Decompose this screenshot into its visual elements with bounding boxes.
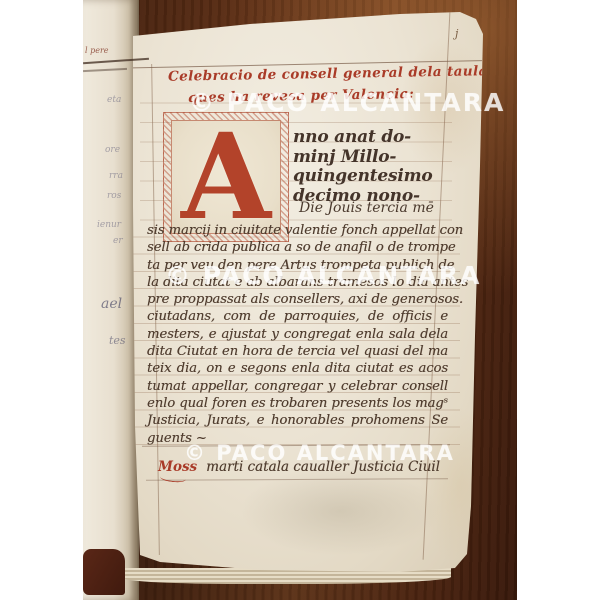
decorated-initial-panel: A [171,120,281,234]
margin-fragment: tes [109,336,126,345]
body-text-line: teix dia, on e segons enla dita ciutat e… [147,360,448,377]
folio-number: j [455,27,458,40]
initial-letter-A: A [181,126,271,228]
body-text-line: sis marcij in ciuitate valentie fonch ap… [147,222,448,239]
book-cover-edge [83,549,125,595]
body-text-line: tumat appellar, congregar y celebrar con… [147,378,448,395]
opening-text-line: quingentesimo [293,167,449,187]
body-text-block: sis marcij in ciuitate valentie fonch ap… [147,222,448,447]
margin-fragment: ros [107,192,121,201]
margin-fragment: ore [105,146,120,155]
body-text-line: mesters, e ajustat y congregat enla sala… [147,326,448,343]
margin-fragment: er [113,237,123,246]
watermark-bottom: © PACO ALCANTARA [184,441,455,465]
body-text-line: dita Ciutat en hora de tercia vel quasi … [147,343,448,360]
section-ruling-line [146,478,448,481]
facing-page-edge: l pere eta ore rra ros ienur er ael tes [83,0,139,600]
margin-fragment: ael [101,300,122,309]
date-line: Die Jouis tercia mē [299,200,434,216]
opening-text-line: nno anat do- [293,128,449,148]
body-text-line: sell ab crida publica a so de anafil o d… [147,239,448,256]
watermark-top: © PACO ALCANTARA [189,88,505,117]
body-text-line: ciutadans, com de parroquies, de officis… [147,308,448,325]
opening-text-line: minj Millo- [293,148,449,168]
body-text-line: enlo qual foren es trobaren presents los… [147,395,448,412]
rubric-flourish [160,473,187,484]
margin-fragment: eta [107,96,121,105]
body-text-line: Justicia, Jurats, e honorables prohomens… [147,412,448,429]
manuscript-photo: l pere eta ore rra ros ienur er ael tes … [83,0,517,600]
watermark-middle: © PACO ALCANTARA [165,261,481,290]
margin-fragment: l pere [85,46,109,55]
margin-fragment: rra [109,172,123,181]
body-text-line: pre proppassat als consellers, axi de ge… [147,291,448,308]
margin-fragment: ienur [97,221,121,230]
